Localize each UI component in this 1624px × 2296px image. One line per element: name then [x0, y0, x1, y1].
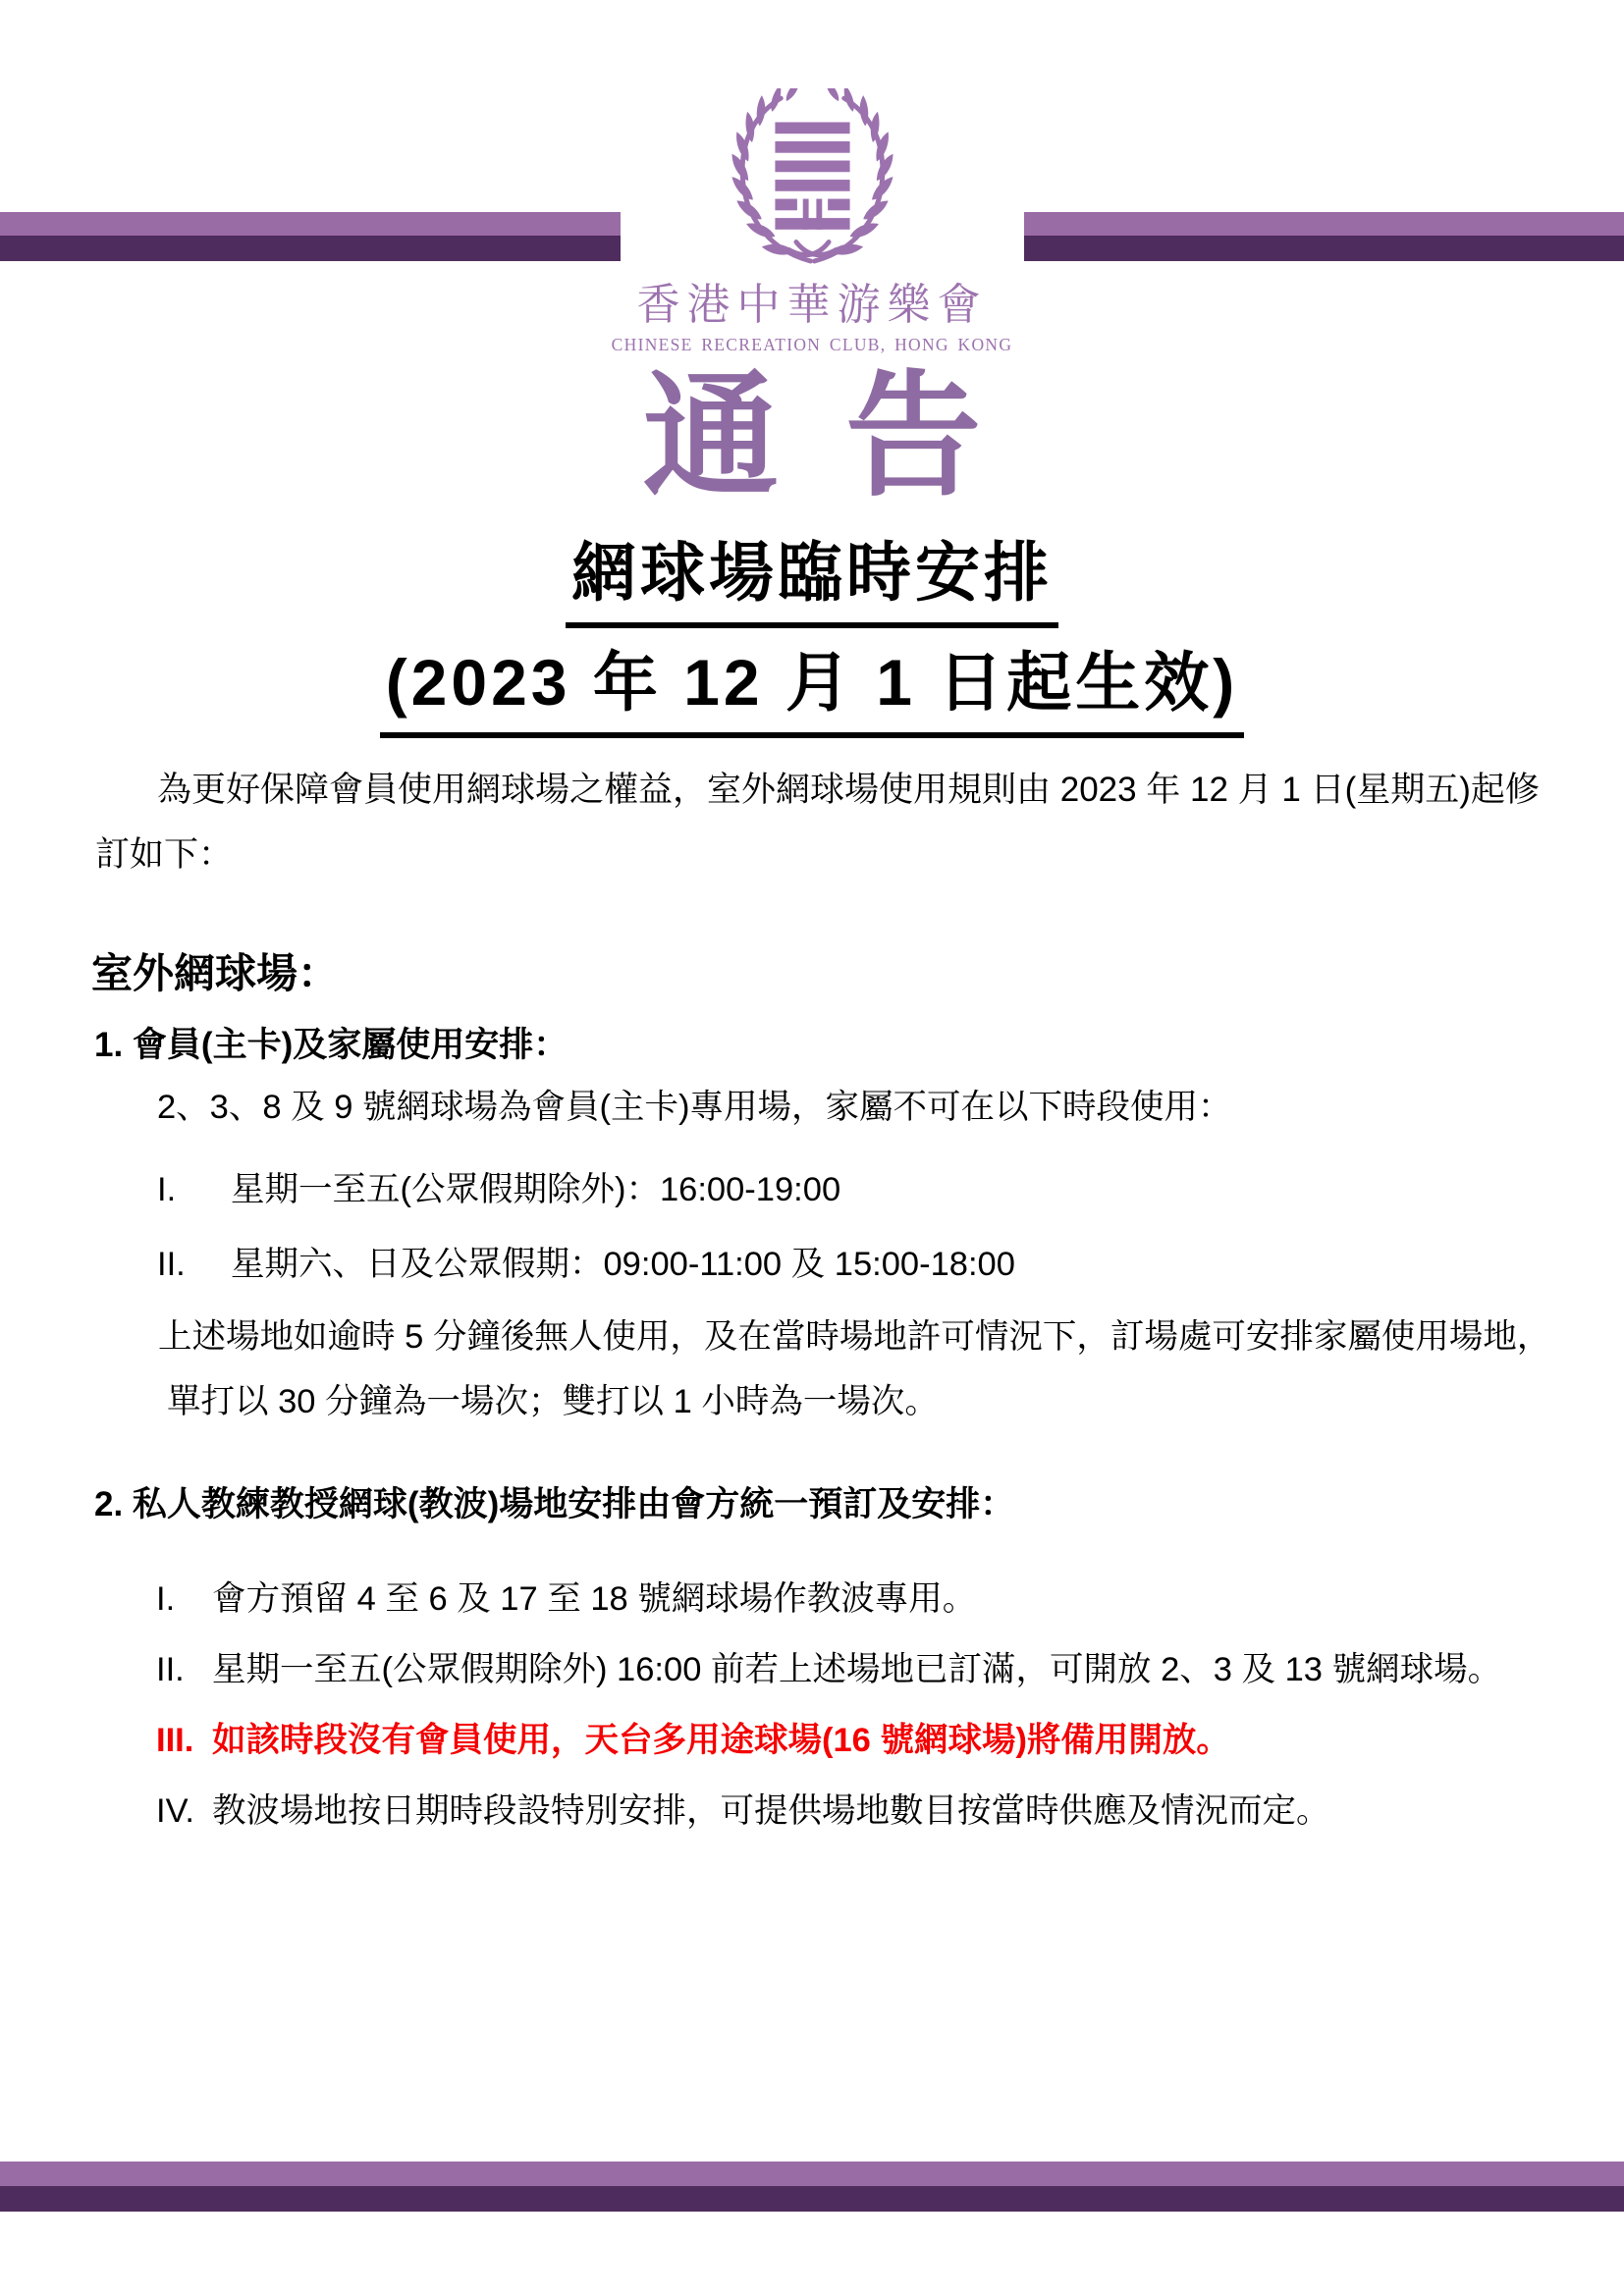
notice-label: 通 告 [0, 365, 1624, 508]
bar-light-segment [1024, 212, 1624, 236]
bar-dark-segment [1024, 236, 1624, 261]
item-text-red: 如該時段沒有會員使用，天台多用途球場(16 號網球場)將備用開放。 [212, 1706, 1561, 1775]
section1-list: I. 星期一至五(公眾假期除外)：16:00-19:00 II. 星期六、日及公… [0, 1155, 1624, 1299]
decorative-bar-top-right [1024, 212, 1624, 261]
item-numeral: II. [157, 1230, 231, 1299]
list-item: II. 星期一至五(公眾假期除外) 16:00 前若上述場地已訂滿，可開放 2、… [156, 1635, 1561, 1704]
document-title: 網球場臨時安排 [566, 532, 1058, 628]
document-title-block: 網球場臨時安排 (2023 年 12 月 1 日起生效) [0, 532, 1624, 738]
section2-heading: 2. 私人教練教授網球(教波)場地安排由會方統一預訂及安排： [94, 1482, 1561, 1527]
list-item-highlighted: III. 如該時段沒有會員使用，天台多用途球場(16 號網球場)將備用開放。 [156, 1706, 1561, 1775]
list-item: IV. 教波場地按日期時段設特別安排，可提供場地數目按當時供應及情況而定。 [156, 1777, 1561, 1845]
decorative-bar-bottom [0, 2162, 1624, 2212]
bar-dark-segment [0, 2186, 1624, 2212]
section1-note: 上述場地如逾時 5 分鐘後無人使用，及在當時場地許可情況下，訂場處可安排家屬使用… [167, 1305, 1561, 1434]
item-numeral: IV. [156, 1777, 212, 1845]
item-text: 教波場地按日期時段設特別安排，可提供場地數目按當時供應及情況而定。 [212, 1777, 1561, 1845]
outdoor-courts-heading: 室外網球場： [91, 948, 1561, 999]
bar-light-segment [0, 212, 621, 236]
item-text: 星期一至五(公眾假期除外) 16:00 前若上述場地已訂滿，可開放 2、3 及 … [212, 1635, 1561, 1704]
list-item: II. 星期六、日及公眾假期：09:00-11:00 及 15:00-18:00 [157, 1230, 1561, 1299]
item-text: 星期六、日及公眾假期：09:00-11:00 及 15:00-18:00 [231, 1230, 1561, 1299]
decorative-bar-top-left [0, 212, 621, 261]
item-numeral: I. [156, 1565, 212, 1633]
section2-list: I. 會方預留 4 至 6 及 17 至 18 號網球場作教波專用。 II. 星… [0, 1565, 1624, 1845]
club-name-chinese: 香港中華游樂會 [0, 283, 1624, 328]
club-name-english: CHINESE RECREATION CLUB, HONG KONG [0, 334, 1624, 355]
list-item: I. 會方預留 4 至 6 及 17 至 18 號網球場作教波專用。 [156, 1565, 1561, 1633]
item-text: 星期一至五(公眾假期除外)：16:00-19:00 [231, 1155, 1561, 1224]
club-emblem-bars [775, 122, 849, 229]
item-numeral: II. [156, 1635, 212, 1704]
notice-page: 香港中華游樂會 CHINESE RECREATION CLUB, HONG KO… [0, 0, 1624, 2296]
bar-light-segment [0, 2162, 1624, 2186]
bar-dark-segment [0, 236, 621, 261]
document-effective-date: (2023 年 12 月 1 日起生效) [380, 642, 1245, 738]
list-item: I. 星期一至五(公眾假期除外)：16:00-19:00 [157, 1155, 1561, 1224]
intro-paragraph: 為更好保障會員使用網球場之權益，室外網球場使用規則由 2023 年 12 月 1… [95, 758, 1555, 887]
section1-heading: 1. 會員(主卡)及家屬使用安排： [94, 1023, 1561, 1068]
laurel-wreath-logo-icon [712, 88, 913, 275]
item-numeral: I. [157, 1155, 231, 1224]
club-header: 香港中華游樂會 CHINESE RECREATION CLUB, HONG KO… [0, 0, 1624, 355]
item-text: 會方預留 4 至 6 及 17 至 18 號網球場作教波專用。 [212, 1565, 1561, 1633]
item-numeral: III. [156, 1706, 212, 1775]
section1-intro: 2、3、8 及 9 號網球場為會員(主卡)專用場，家屬不可在以下時段使用： [157, 1085, 1561, 1130]
